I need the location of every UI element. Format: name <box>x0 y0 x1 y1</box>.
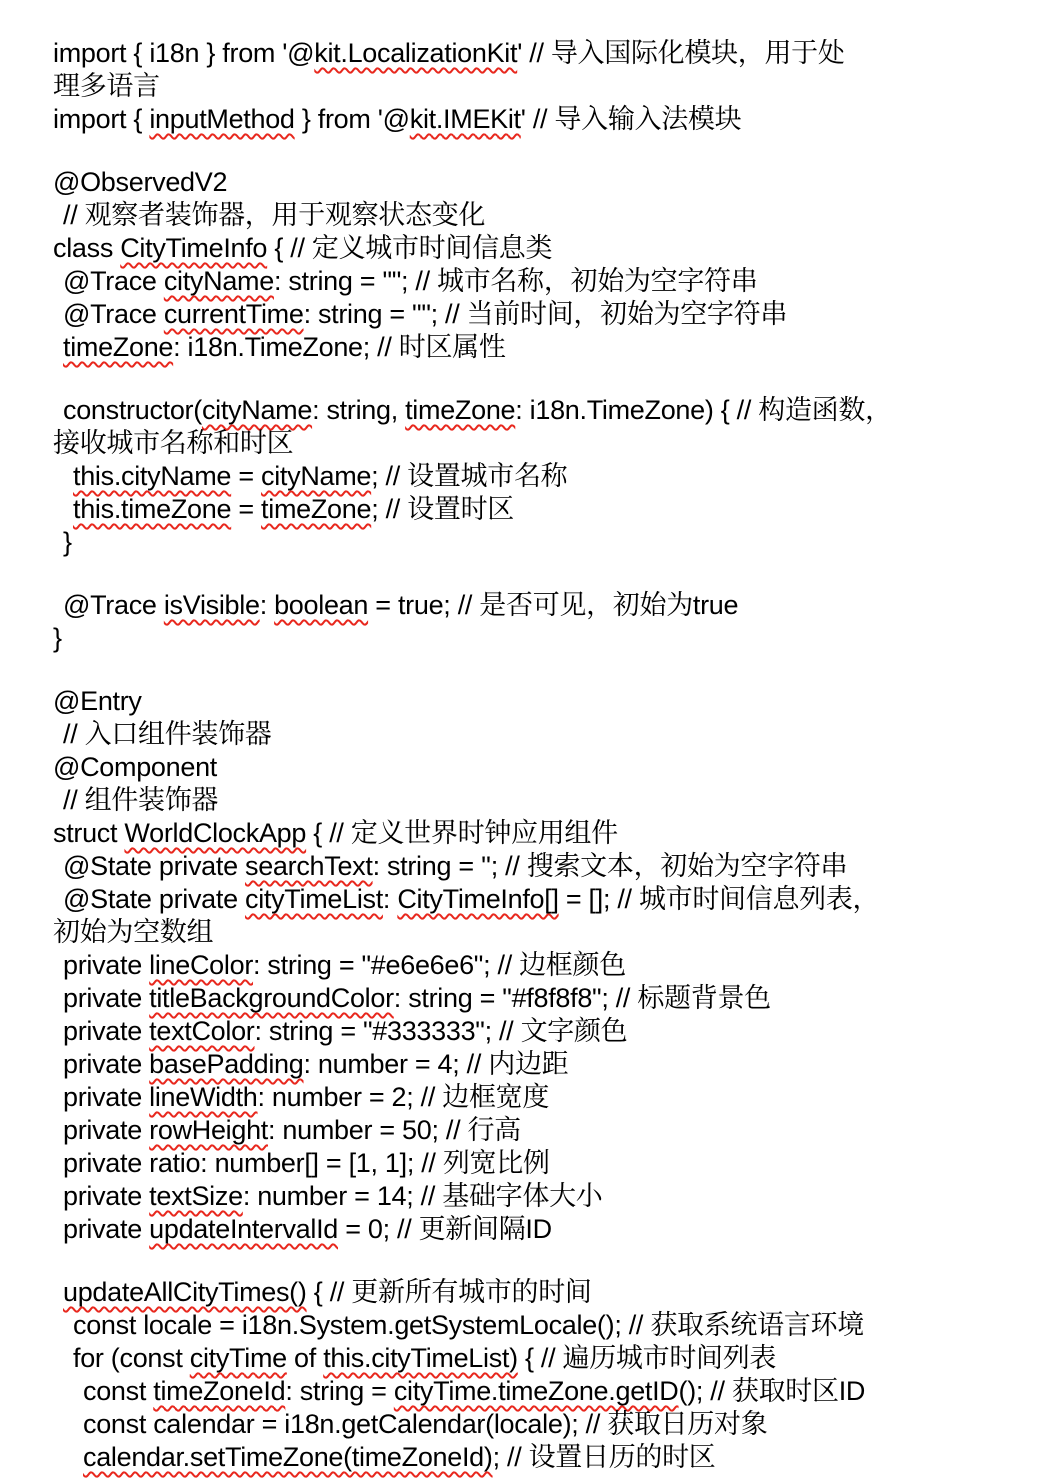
misspelled-token: WorldClockApp <box>124 818 306 848</box>
code-text: @State private <box>63 851 245 881</box>
code-line: @Component <box>53 751 1014 784</box>
code-text: private ratio: number[] = [1, 1]; // 列宽比… <box>63 1148 550 1178</box>
document-page: import { i18n } from '@kit.LocalizationK… <box>0 0 1044 1482</box>
code-text: : string = "#f8f8f8"; // 标题背景色 <box>394 983 771 1013</box>
code-line: calendar.setTimeZone(timeZoneId); // 设置日… <box>53 1441 1014 1474</box>
misspelled-token: kit.LocalizationKit <box>314 38 517 68</box>
code-text: : string = ""; // 城市名称，初始为空字符串 <box>274 266 757 296</box>
misspelled-token: timeZoneId <box>153 1376 285 1406</box>
code-line: private rowHeight: number = 50; // 行高 <box>53 1114 1014 1147</box>
code-text: const <box>83 1376 153 1406</box>
code-text: private <box>63 1181 149 1211</box>
code-text: : string, <box>312 395 405 425</box>
code-line: this.cityName = cityName; // 设置城市名称 <box>53 460 1014 493</box>
code-line: constructor(cityName: string, timeZone: … <box>53 394 1014 427</box>
blank-line <box>53 655 1014 685</box>
code-text: class <box>53 233 120 263</box>
code-text: ; // 设置日历的时区 <box>493 1442 716 1472</box>
code-text: = 0; // 更新间隔ID <box>338 1214 552 1244</box>
code-text: : string = ""; // 当前时间，初始为空字符串 <box>304 299 787 329</box>
code-text: } <box>53 623 62 653</box>
code-line: private lineWidth: number = 2; // 边框宽度 <box>53 1081 1014 1114</box>
code-text: : number = 4; // 内边距 <box>304 1049 569 1079</box>
code-text: = []; // 城市时间信息列表， <box>559 884 880 914</box>
misspelled-token: updateAllCityTimes() <box>63 1277 307 1307</box>
code-line: 初始为空数组 <box>53 916 1014 949</box>
code-text: : number = 14; // 基础字体大小 <box>243 1181 603 1211</box>
code-text: { // 遍历城市时间列表 <box>518 1343 776 1373</box>
code-line: // 入口组件装饰器 <box>53 718 1014 751</box>
misspelled-token: this.cityTimeList) <box>323 1343 518 1373</box>
blank-line <box>53 364 1014 394</box>
misspelled-token: cityTimeList <box>245 884 383 914</box>
code-text: private <box>63 1082 149 1112</box>
code-line: @State private cityTimeList: CityTimeInf… <box>53 883 1014 916</box>
code-text: : string = "#e6e6e6"; // 边框颜色 <box>253 950 626 980</box>
code-line: private titleBackgroundColor: string = "… <box>53 982 1014 1015</box>
code-line: // 观察者装饰器，用于观察状态变化 <box>53 199 1014 232</box>
code-line: @Trace currentTime: string = ""; // 当前时间… <box>53 298 1014 331</box>
code-text: @Trace <box>63 266 164 296</box>
misspelled-token: textSize <box>149 1181 243 1211</box>
misspelled-token: CityTimeInfo <box>120 233 267 263</box>
code-text: } from '@ <box>295 104 410 134</box>
misspelled-token: this.cityName <box>73 461 231 491</box>
code-text: @Trace <box>63 590 164 620</box>
code-line: @Entry <box>53 685 1014 718</box>
code-text: @ObservedV2 <box>53 167 227 197</box>
code-line: // 组件装饰器 <box>53 784 1014 817</box>
code-text: 理多语言 <box>53 71 160 101</box>
misspelled-token: inputMethod <box>149 104 294 134</box>
misspelled-token: CityTimeInfo[] <box>397 884 558 914</box>
code-text: ; // 设置城市名称 <box>371 461 567 491</box>
code-text: = true; // 是否可见，初始为true <box>368 590 738 620</box>
code-line: @Trace cityName: string = ""; // 城市名称，初始… <box>53 265 1014 298</box>
misspelled-token: cityTime <box>190 1343 287 1373</box>
code-text: (); // 获取时区ID <box>679 1376 866 1406</box>
misspelled-token: cityTime.timeZone.getID <box>394 1376 679 1406</box>
code-text: private <box>63 1214 149 1244</box>
misspelled-token: timeZone <box>261 494 371 524</box>
code-line: import { i18n } from '@kit.LocalizationK… <box>53 37 1014 70</box>
code-text: const locale = i18n.System.getSystemLoca… <box>73 1310 864 1340</box>
code-text: : string = ''; // 搜索文本，初始为空字符串 <box>373 851 848 881</box>
misspelled-token: basePadding <box>149 1049 303 1079</box>
code-line: private basePadding: number = 4; // 内边距 <box>53 1048 1014 1081</box>
code-text: : i18n.TimeZone) { // 构造函数， <box>515 395 892 425</box>
code-line: for (const cityTime of this.cityTimeList… <box>53 1342 1014 1375</box>
code-text: 初始为空数组 <box>53 917 213 947</box>
code-text: private <box>63 950 149 980</box>
code-text: ; // 设置时区 <box>371 494 514 524</box>
code-text: ' // 导入输入法模块 <box>521 104 742 134</box>
code-text: : string = "#333333"; // 文字颜色 <box>255 1016 628 1046</box>
code-line: private textColor: string = "#333333"; /… <box>53 1015 1014 1048</box>
code-line: private textSize: number = 14; // 基础字体大小 <box>53 1180 1014 1213</box>
blank-line <box>53 559 1014 589</box>
misspelled-token: cityName <box>202 395 312 425</box>
code-text: private <box>63 1016 149 1046</box>
misspelled-token: rowHeight <box>149 1115 268 1145</box>
misspelled-token: timeZone <box>405 395 515 425</box>
code-line: class CityTimeInfo { // 定义城市时间信息类 <box>53 232 1014 265</box>
code-text: for (const <box>73 1343 190 1373</box>
code-text: = <box>231 494 261 524</box>
code-text: private <box>63 1049 149 1079</box>
code-line: const calendar = i18n.getCalendar(locale… <box>53 1408 1014 1441</box>
code-text: @Trace <box>63 299 164 329</box>
code-document: import { i18n } from '@kit.LocalizationK… <box>53 37 1014 1474</box>
code-text: { // 定义城市时间信息类 <box>267 233 552 263</box>
misspelled-token: currentTime <box>164 299 304 329</box>
code-line: updateAllCityTimes() { // 更新所有城市的时间 <box>53 1276 1014 1309</box>
code-text: of <box>287 1343 323 1373</box>
code-text: private <box>63 983 149 1013</box>
code-line: timeZone: i18n.TimeZone; // 时区属性 <box>53 331 1014 364</box>
code-text: : number = 50; // 行高 <box>268 1115 521 1145</box>
code-line: const locale = i18n.System.getSystemLoca… <box>53 1309 1014 1342</box>
misspelled-token: boolean <box>274 590 368 620</box>
misspelled-token: this.timeZone <box>73 494 231 524</box>
code-text: : <box>383 884 397 914</box>
code-line: } <box>53 526 1014 559</box>
code-text: ' // 导入国际化模块，用于处 <box>517 38 844 68</box>
misspelled-token: timeZone <box>63 332 173 362</box>
misspelled-token: isVisible <box>164 590 260 620</box>
misspelled-token: searchText <box>245 851 373 881</box>
misspelled-token: updateIntervalId <box>149 1214 338 1244</box>
misspelled-token: titleBackgroundColor <box>149 983 394 1013</box>
code-line: @State private searchText: string = ''; … <box>53 850 1014 883</box>
blank-line <box>53 136 1014 166</box>
code-line: this.timeZone = timeZone; // 设置时区 <box>53 493 1014 526</box>
code-text: // 入口组件装饰器 <box>63 719 272 749</box>
code-text: 接收城市名称和时区 <box>53 428 293 458</box>
code-text: { // 更新所有城市的时间 <box>307 1277 592 1307</box>
code-text: // 组件装饰器 <box>63 785 218 815</box>
code-text: : <box>260 590 274 620</box>
code-text: // 观察者装饰器，用于观察状态变化 <box>63 200 485 230</box>
misspelled-token: lineWidth <box>149 1082 257 1112</box>
code-text: @State private <box>63 884 245 914</box>
misspelled-token: lineColor <box>149 950 253 980</box>
code-line: const timeZoneId: string = cityTime.time… <box>53 1375 1014 1408</box>
code-text: constructor( <box>63 395 202 425</box>
code-text: : string = <box>285 1376 394 1406</box>
code-text: : i18n.TimeZone; // 时区属性 <box>173 332 505 362</box>
code-text: @Component <box>53 752 217 782</box>
misspelled-token: textColor <box>149 1016 254 1046</box>
code-text: = <box>231 461 261 491</box>
code-line: } <box>53 622 1014 655</box>
code-text: } <box>63 527 72 557</box>
code-line: 理多语言 <box>53 70 1014 103</box>
code-text: struct <box>53 818 124 848</box>
code-text: import { i18n } from '@ <box>53 38 314 68</box>
code-text: const calendar = i18n.getCalendar(locale… <box>83 1409 767 1439</box>
code-line: struct WorldClockApp { // 定义世界时钟应用组件 <box>53 817 1014 850</box>
code-line: import { inputMethod } from '@kit.IMEKit… <box>53 103 1014 136</box>
misspelled-token: calendar.setTimeZone(timeZoneId) <box>83 1442 493 1472</box>
code-text: { // 定义世界时钟应用组件 <box>306 818 618 848</box>
code-text: import { <box>53 104 149 134</box>
code-line: private updateIntervalId = 0; // 更新间隔ID <box>53 1213 1014 1246</box>
code-line: @ObservedV2 <box>53 166 1014 199</box>
misspelled-token: cityName <box>164 266 274 296</box>
code-text: @Entry <box>53 686 142 716</box>
code-text: : number = 2; // 边框宽度 <box>258 1082 550 1112</box>
blank-line <box>53 1246 1014 1276</box>
misspelled-token: cityName <box>261 461 371 491</box>
code-line: private lineColor: string = "#e6e6e6"; /… <box>53 949 1014 982</box>
misspelled-token: kit.IMEKit <box>410 104 521 134</box>
code-line: private ratio: number[] = [1, 1]; // 列宽比… <box>53 1147 1014 1180</box>
code-text: private <box>63 1115 149 1145</box>
code-line: @Trace isVisible: boolean = true; // 是否可… <box>53 589 1014 622</box>
code-line: 接收城市名称和时区 <box>53 427 1014 460</box>
